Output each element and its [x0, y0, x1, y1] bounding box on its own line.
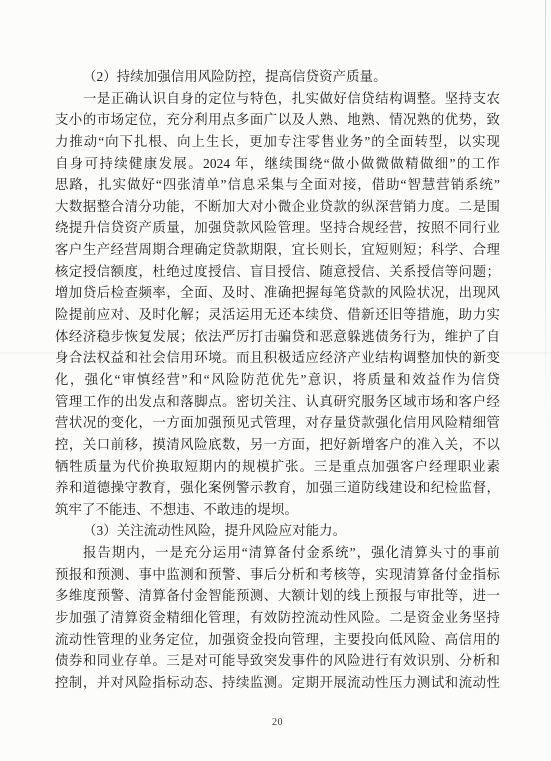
text-line: 一是正确认识自身的定位与特色，扎实做好信贷结构调整。坚持支农: [55, 88, 500, 110]
text-line: 大数据整合清分功能，不断加大对小微企业贷款的纵深营销力度。二是围: [55, 196, 500, 218]
text-line: 力推动“向下扎根、向上生长，更加专注零售业务”的全面转型，以实现: [55, 131, 500, 153]
text-line: 绕提升信贷资产质量，加强贷款风险管理。坚持合规经营，按照不同行业: [55, 217, 500, 239]
paragraph: （3）关注流动性风险，提升风险应对能力。: [55, 520, 500, 542]
text-line: 多维度预警、清算备付金智能预测、大额计划的线上预报与审批等，进一: [55, 585, 500, 607]
text-line: 债券和同业存单。三是对可能导致突发事件的风险进行有效识别、分析和: [55, 650, 500, 672]
page-number: 20: [55, 717, 500, 728]
text-line: 险提前应对、及时化解；灵活运用无还本续贷、借新还旧等措施，助力实: [55, 304, 500, 326]
text-line: 控，关口前移，摸清风险底数，另一方面，把好新增客户的准入关，不以: [55, 434, 500, 456]
paragraph: 报告期内，一是充分运用“清算备付金系统”，强化清算头寸的事前预报和预测、事中监测…: [55, 542, 500, 693]
text-line: （2）持续加强信用风险防控，提高信贷资产质量。: [55, 66, 500, 88]
text-line: 管理工作的出发点和落脚点。密切关注、认真研究服务区域市场和客户经: [55, 391, 500, 413]
text-line: 控制，并对风险指标动态、持续监测。定期开展流动性压力测试和流动性: [55, 672, 500, 694]
text-line: 化，强化“审慎经营”和“风险防范优先”意识，将质量和效益作为信贷: [55, 369, 500, 391]
document-text-block: （2）持续加强信用风险防控，提高信贷资产质量。一是正确认识自身的定位与特色，扎实…: [55, 66, 500, 694]
text-line: 核定授信额度，杜绝过度授信、盲目授信、随意授信、关系授信等问题；: [55, 261, 500, 283]
text-line: 步加强了清算资金精细化管理，有效防控流动性风险。二是资金业务坚持: [55, 607, 500, 629]
text-line: 报告期内，一是充分运用“清算备付金系统”，强化清算头寸的事前: [55, 542, 500, 564]
text-line: 体经济稳步恢复发展；依法严厉打击骗贷和恶意躲逃债务行为，维护了自: [55, 326, 500, 348]
text-line: 筑牢了不能违、不想违、不敢违的堤坝。: [55, 499, 500, 521]
text-line: 增加贷后检查频率，全面、及时、准确把握每笔贷款的风险状况，出现风: [55, 282, 500, 304]
paragraph: （2）持续加强信用风险防控，提高信贷资产质量。: [55, 66, 500, 88]
text-line: （3）关注流动性风险，提升风险应对能力。: [55, 520, 500, 542]
text-line: 身合法权益和社会信用环境。而且积极适应经济产业结构调整加快的新变: [55, 347, 500, 369]
text-line: 流动性管理的业务定位，加强资金投向管理，主要投向低风险、高信用的: [55, 629, 500, 651]
text-line: 养和道德操守教育，强化案例警示教育，加强三道防线建设和纪检监督，: [55, 477, 500, 499]
text-line: 支小的市场定位，充分利用点多面广以及人熟、地熟、情况熟的优势，致: [55, 109, 500, 131]
paragraph: 一是正确认识自身的定位与特色，扎实做好信贷结构调整。坚持支农支小的市场定位，充分…: [55, 88, 500, 521]
text-line: 预报和预测、事中监测和预警、事后分析和考核等，实现清算备付金指标: [55, 564, 500, 586]
text-line: 思路，扎实做好“四张清单”信息采集与全面对接，借助“智慧营销系统”: [55, 174, 500, 196]
text-line: 客户生产经营周期合理确定贷款期限，宜长则长，宜短则短；科学、合理: [55, 239, 500, 261]
text-line: 营状况的变化，一方面加强预见式管理，对存量贷款强化信用风险精细管: [55, 412, 500, 434]
document-page: （2）持续加强信用风险防控，提高信贷资产质量。一是正确认识自身的定位与特色，扎实…: [0, 0, 551, 761]
text-line: 自身可持续健康发展。2024 年，继续围绕“做小做微做精做细”的工作: [55, 153, 500, 175]
text-line: 牺牲质量为代价换取短期内的规模扩张。三是重点加强客户经理职业素: [55, 456, 500, 478]
scan-edge-artifact: [545, 0, 546, 430]
